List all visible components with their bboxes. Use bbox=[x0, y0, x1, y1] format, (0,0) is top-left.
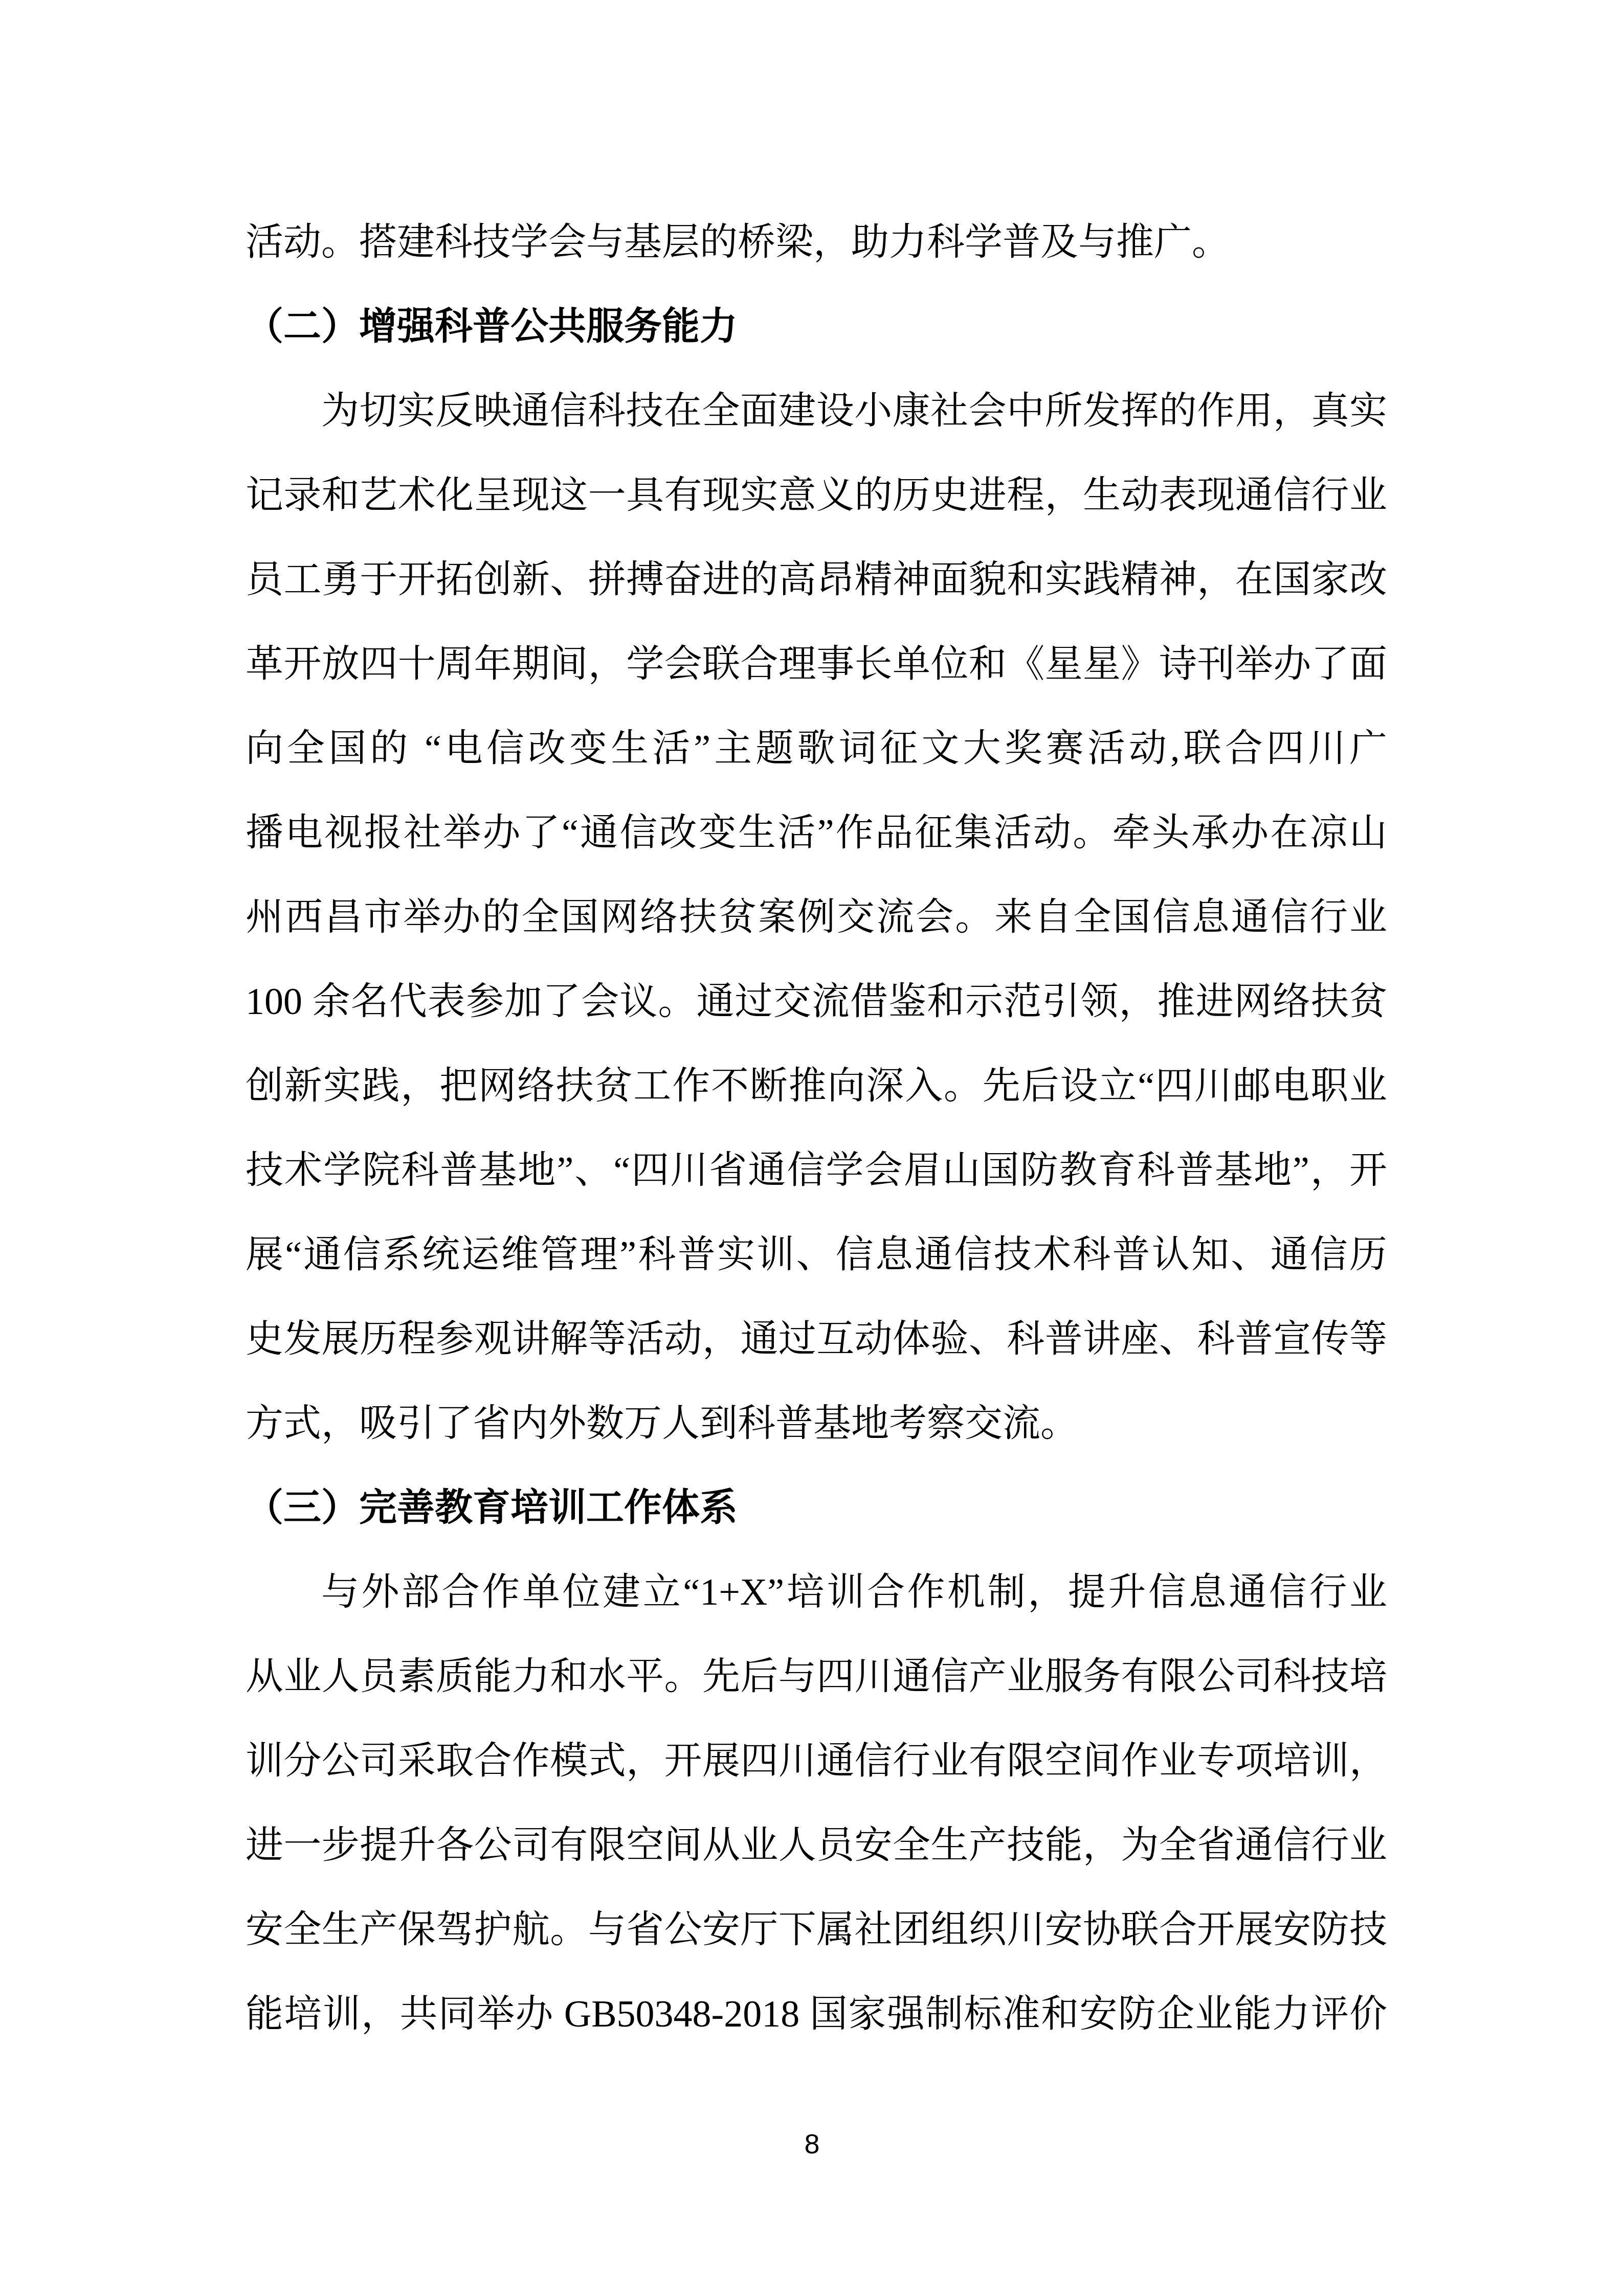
body-text-line: 创新实践，把网络扶贫工作不断推向深入。先后设立“四川邮电职业 bbox=[246, 1044, 1387, 1129]
body-text-line: 训分公司采取合作模式，开展四川通信行业有限空间作业专项培训， bbox=[246, 1719, 1387, 1804]
document-page: 活动。搭建科技学会与基层的桥梁，助力科学普及与推广。（二）增强科普公共服务能力为… bbox=[0, 0, 1624, 2296]
body-text-line: 方式，吸引了省内外数万人到科普基地考察交流。 bbox=[246, 1382, 1387, 1466]
body-text-line: 从业人员素质能力和水平。先后与四川通信产业服务有限公司科技培 bbox=[246, 1635, 1387, 1719]
body-text-line: 为切实反映通信科技在全面建设小康社会中所发挥的作用，真实 bbox=[246, 369, 1387, 454]
body-text-line: 向全国的 “电信改变生活”主题歌词征文大奖赛活动,联合四川广 bbox=[246, 707, 1387, 791]
body-text-line: 技术学院科普基地”、“四川省通信学会眉山国防教育科普基地”，开 bbox=[246, 1129, 1387, 1213]
body-text-line: 播电视报社举办了“通信改变生活”作品征集活动。牵头承办在凉山 bbox=[246, 791, 1387, 875]
section-heading: （二）增强科普公共服务能力 bbox=[246, 285, 1387, 369]
section-heading: （三）完善教育培训工作体系 bbox=[246, 1466, 1387, 1550]
body-text-line: 州西昌市举办的全国网络扶贫案例交流会。来自全国信息通信行业 bbox=[246, 875, 1387, 960]
page-number: 8 bbox=[0, 2129, 1624, 2159]
body-text-line: 与外部合作单位建立“1+X”培训合作机制，提升信息通信行业 bbox=[246, 1550, 1387, 1635]
body-text-line: 史发展历程参观讲解等活动，通过互动体验、科普讲座、科普宣传等 bbox=[246, 1297, 1387, 1382]
body-text-line: 安全生产保驾护航。与省公安厅下属社团组织川安协联合开展安防技 bbox=[246, 1888, 1387, 1972]
body-text-line: 革开放四十周年期间，学会联合理事长单位和《星星》诗刊举办了面 bbox=[246, 622, 1387, 707]
body-text-line: 100 余名代表参加了会议。通过交流借鉴和示范引领，推进网络扶贫 bbox=[246, 960, 1387, 1044]
document-body: 活动。搭建科技学会与基层的桥梁，助力科学普及与推广。（二）增强科普公共服务能力为… bbox=[246, 200, 1387, 2057]
body-text-line: 员工勇于开拓创新、拼搏奋进的高昂精神面貌和实践精神，在国家改 bbox=[246, 538, 1387, 622]
body-text-line: 展“通信系统运维管理”科普实训、信息通信技术科普认知、通信历 bbox=[246, 1213, 1387, 1297]
body-text-line: 能培训，共同举办 GB50348-2018 国家强制标准和安防企业能力评价 bbox=[246, 1972, 1387, 2057]
body-text-line: 活动。搭建科技学会与基层的桥梁，助力科学普及与推广。 bbox=[246, 200, 1387, 285]
body-text-line: 进一步提升各公司有限空间从业人员安全生产技能，为全省通信行业 bbox=[246, 1804, 1387, 1888]
body-text-line: 记录和艺术化呈现这一具有现实意义的历史进程，生动表现通信行业 bbox=[246, 454, 1387, 538]
